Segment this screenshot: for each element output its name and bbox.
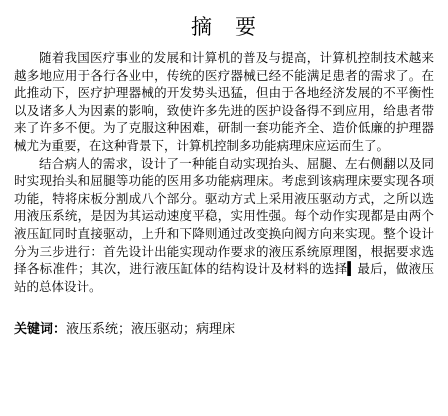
keywords-text: 液压系统；液压驱动；病理床 [66, 321, 235, 336]
text-line: 以及诸多人为因素的影响，致使许多先进的医护设备得不到应用，给患者带 [14, 103, 434, 121]
text-line: 此推动下，医疗护理器械的开发势头迅猛，但由于各地经济发展的不平衡性 [14, 85, 434, 103]
text-line: 分为三步进行：首先设计出能实现动作要求的液压系统原理图，根据要求选 [14, 244, 434, 262]
text-line: 结合病人的需求，设计了一种能自动实现抬头、屈腿、左右侧翻以及同 [14, 156, 434, 174]
text-line: 时实现抬头和屈腿等功能的医用多功能病理床。考虑到该病理床要实现各项 [14, 173, 434, 191]
text-line: 站的总体设计。 [14, 279, 434, 297]
page-title: 摘 要 [0, 11, 448, 41]
text-line: 随着我国医疗事业的发展和计算机的普及与提高，计算机控制技术越来 [14, 50, 434, 68]
keywords-label: 关键词： [14, 321, 66, 336]
text-line: 液压缸同时直接驱动，上升和下降则通过改变换向阀方向来实现。整个设计 [14, 226, 434, 244]
abstract-page: 摘 要 随着我国医疗事业的发展和计算机的普及与提高，计算机控制技术越来越多地应用… [0, 0, 448, 416]
keywords-line: 关键词：液压系统；液压驱动；病理床 [14, 320, 235, 338]
text-line: 来了许多不便。为了克服这种困难，研制一套功能齐全、造价低廉的护理器 [14, 120, 434, 138]
text-line: 械尤为重要，在这种背景下，计算机控制多功能病理床应运而生了。 [14, 138, 434, 156]
abstract-body: 随着我国医疗事业的发展和计算机的普及与提高，计算机控制技术越来越多地应用于各行各… [14, 50, 434, 296]
text-line: 功能，特将床板分割成八个部分。驱动方式上采用液压驱动方式，之所以选 [14, 191, 434, 209]
text-line: 越多地应用于各行各业中，传统的医疗器械已经不能满足患者的需求了。在 [14, 68, 434, 86]
text-line: 用液压系统，是因为其运动速度平稳，实用性强。每个动作实现都是由两个 [14, 208, 434, 226]
text-line: 择各标准件；其次，进行液压缸体的结构设计及材料的选择▍最后，做液压 [14, 261, 434, 279]
